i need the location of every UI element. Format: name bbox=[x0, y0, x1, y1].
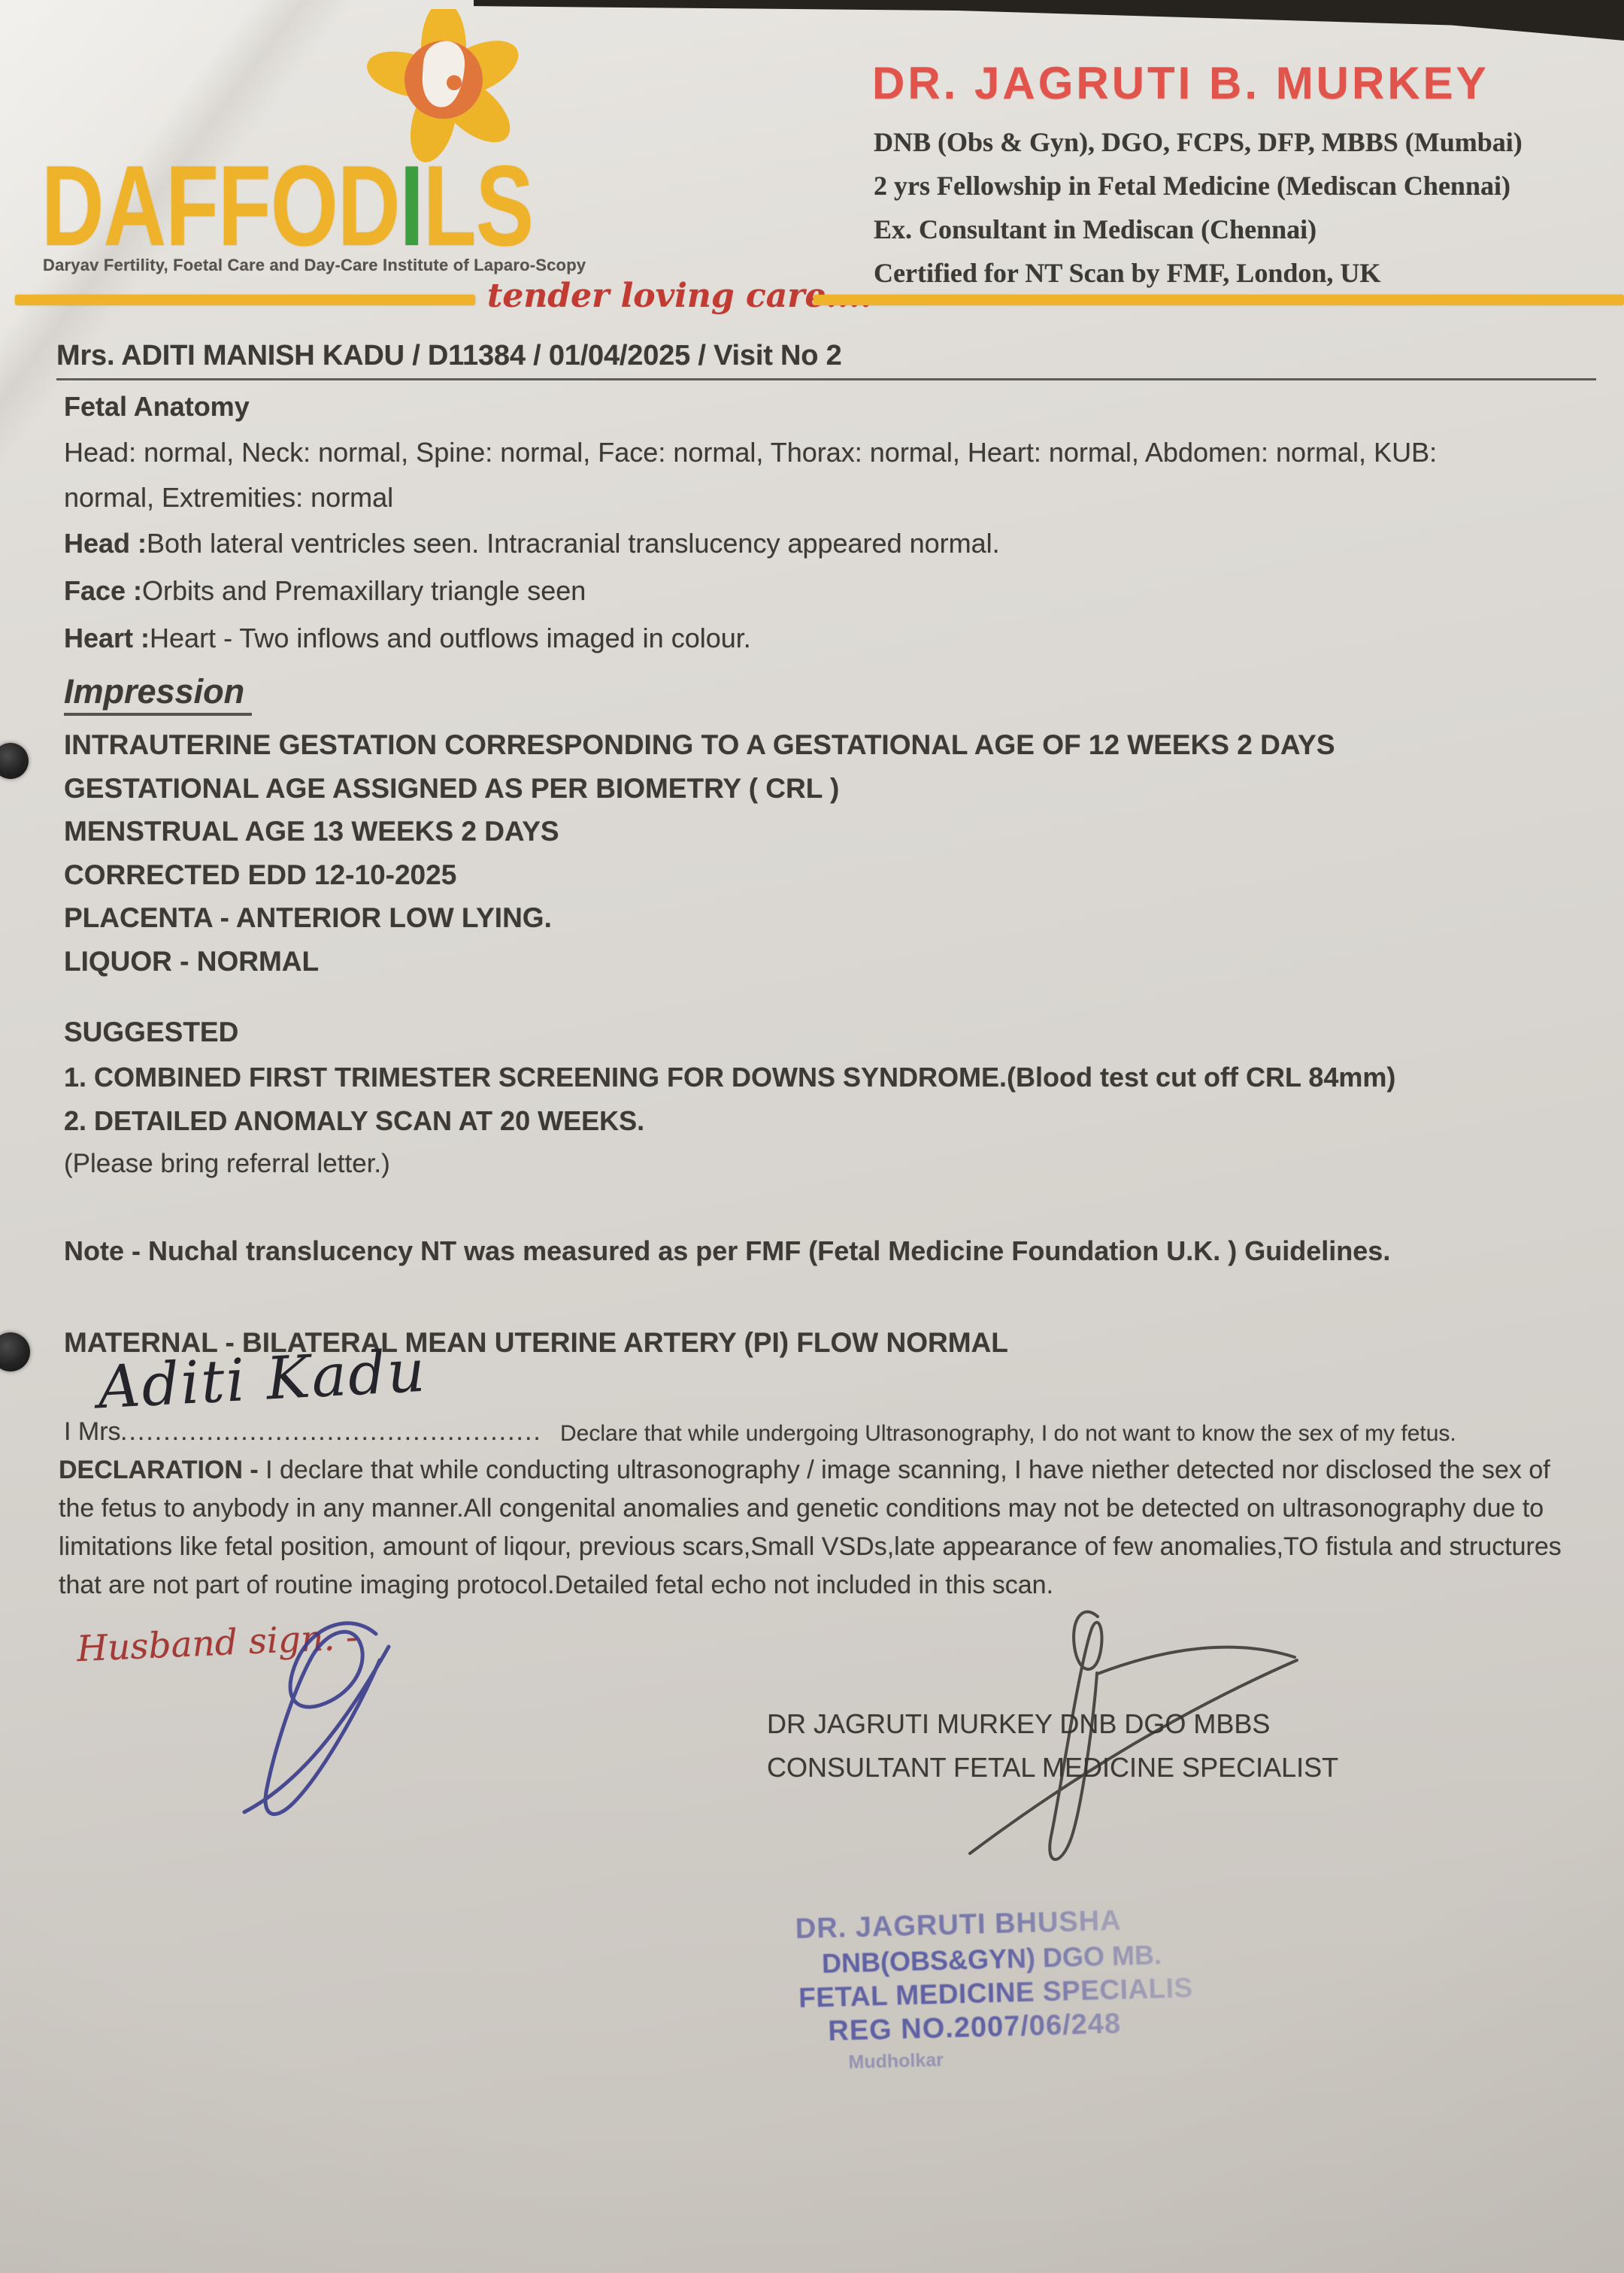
clinic-tagline: Daryav Fertility, Foetal Care and Day-Ca… bbox=[43, 256, 586, 275]
impression-line: MENSTRUAL AGE 13 WEEKS 2 DAYS bbox=[64, 810, 1335, 853]
punch-hole-top bbox=[0, 743, 29, 779]
suggested-item-2: 2. DETAILED ANOMALY SCAN AT 20 WEEKS. bbox=[64, 1105, 644, 1137]
impression-line: CORRECTED EDD 12-10-2025 bbox=[64, 853, 1335, 897]
fetal-anatomy-title: Fetal Anatomy bbox=[64, 391, 250, 423]
impression-line: GESTATIONAL AGE ASSIGNED AS PER BIOMETRY… bbox=[64, 767, 1335, 811]
clinic-name-letter-i: I bbox=[400, 142, 423, 270]
nt-note: Note - Nuchal translucency NT was measur… bbox=[64, 1235, 1390, 1267]
doctor-credential-line: Ex. Consultant in Mediscan (Chennai) bbox=[874, 208, 1522, 251]
doctor-name: DR. JAGRUTI B. MURKEY bbox=[872, 57, 1489, 109]
scan-top-edge bbox=[474, 0, 1624, 41]
anatomy-head-text: Both lateral ventricles seen. Intracrani… bbox=[147, 528, 1000, 559]
anatomy-face-text: Orbits and Premaxillary triangle seen bbox=[142, 575, 586, 606]
doctor-credential-line: 2 yrs Fellowship in Fetal Medicine (Medi… bbox=[874, 164, 1522, 208]
stamp-line: Mudholkar bbox=[848, 2043, 1195, 2074]
doctor-credential-line: DNB (Obs & Gyn), DGO, FCPS, DFP, MBBS (M… bbox=[874, 120, 1522, 164]
declaration-text: I declare that while conducting ultrason… bbox=[59, 1456, 1562, 1599]
husband-signature bbox=[222, 1600, 395, 1829]
doctor-credential-line: Certified for NT Scan by FMF, London, UK bbox=[874, 251, 1522, 295]
declaration-paragraph: DECLARATION - I declare that while condu… bbox=[59, 1451, 1592, 1605]
anatomy-head-line: Head :Both lateral ventricles seen. Intr… bbox=[64, 528, 1000, 559]
stamp-line: REG NO.2007/06/248 bbox=[828, 2006, 1195, 2048]
anatomy-face-label: Face : bbox=[64, 575, 142, 606]
anatomy-heart-line: Heart :Heart - Two inflows and outflows … bbox=[64, 623, 751, 654]
impression-lines: INTRAUTERINE GESTATION CORRESPONDING TO … bbox=[64, 723, 1335, 983]
consent-prefix: I Mrs bbox=[64, 1417, 121, 1447]
impression-line: INTRAUTERINE GESTATION CORRESPONDING TO … bbox=[64, 723, 1335, 767]
anatomy-heart-label: Heart : bbox=[64, 623, 150, 653]
declaration-label: DECLARATION - bbox=[59, 1456, 265, 1484]
referral-note: (Please bring referral letter.) bbox=[64, 1149, 390, 1179]
suggested-item-1: 1. COMBINED FIRST TRIMESTER SCREENING FO… bbox=[64, 1062, 1395, 1093]
doctor-credentials: DNB (Obs & Gyn), DGO, FCPS, DFP, MBBS (M… bbox=[874, 120, 1522, 295]
consent-statement: Declare that while undergoing Ultrasonog… bbox=[560, 1421, 1456, 1447]
clinic-name-part1: DAFFOD bbox=[41, 142, 400, 270]
consent-dotted-line: ........................................… bbox=[120, 1417, 541, 1447]
impression-line: LIQUOR - NORMAL bbox=[64, 940, 1335, 983]
patient-header: Mrs. ADITI MANISH KADU / D11384 / 01/04/… bbox=[56, 340, 1596, 380]
doctor-signature bbox=[850, 1602, 1301, 1891]
scanned-report-page: DAFFODILS Daryav Fertility, Foetal Care … bbox=[0, 0, 1624, 2273]
doctor-stamp: DR. JAGRUTI BHUSHA DNB(OBS&GYN) DGO MB. … bbox=[786, 1903, 1195, 2075]
impression-title: Impression bbox=[64, 672, 252, 716]
fetal-anatomy-summary: Head: normal, Neck: normal, Spine: norma… bbox=[64, 430, 1530, 520]
anatomy-face-line: Face :Orbits and Premaxillary triangle s… bbox=[64, 575, 586, 607]
motto-right-rule bbox=[814, 295, 1624, 305]
suggested-title: SUGGESTED bbox=[64, 1017, 238, 1048]
clinic-name: DAFFODILS bbox=[41, 149, 533, 263]
punch-hole-bottom bbox=[0, 1332, 30, 1371]
clinic-name-part2: LS bbox=[423, 142, 533, 270]
anatomy-heart-text: Heart - Two inflows and outflows imaged … bbox=[150, 623, 751, 653]
motto-left-rule bbox=[15, 295, 475, 305]
anatomy-head-label: Head : bbox=[64, 528, 147, 559]
impression-line: PLACENTA - ANTERIOR LOW LYING. bbox=[64, 896, 1335, 940]
